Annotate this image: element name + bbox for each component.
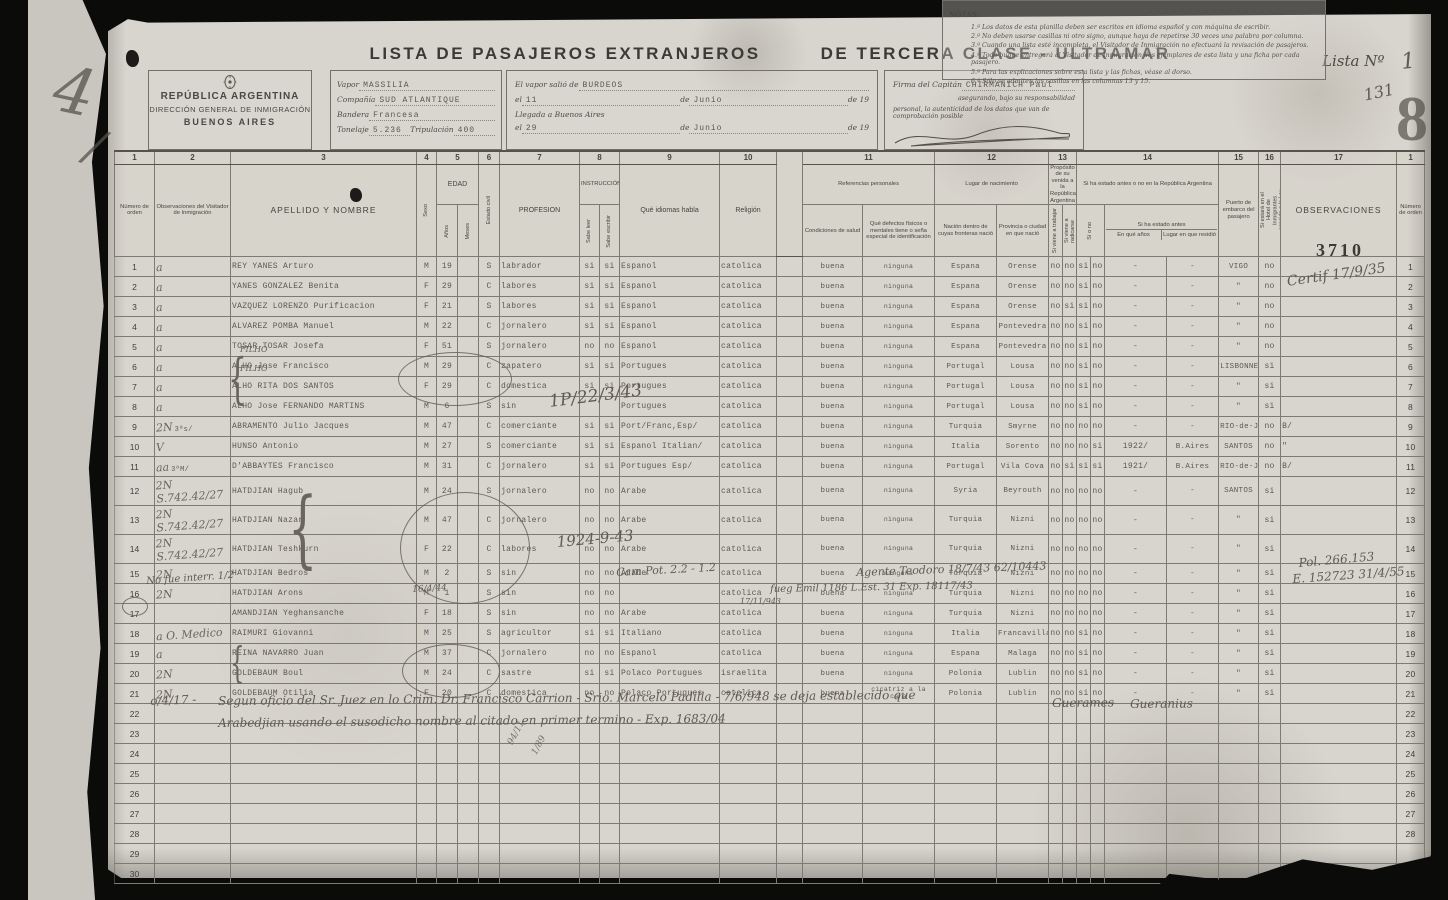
cell xyxy=(458,824,479,844)
cell: C xyxy=(479,506,500,535)
cell: jornalero xyxy=(500,477,580,506)
cell: M xyxy=(417,477,437,506)
cell xyxy=(458,684,479,704)
cell xyxy=(458,377,479,397)
cell: catolica xyxy=(720,604,777,624)
cell: Espana xyxy=(935,337,997,357)
cell xyxy=(417,744,437,764)
cell: 4 xyxy=(115,317,155,337)
cell: - xyxy=(1167,624,1219,644)
cell xyxy=(1105,864,1167,884)
table-row: 18a O. MedicoRAIMURI GiovanniM25Sagricul… xyxy=(115,624,1425,644)
cell: si xyxy=(580,624,600,644)
cell xyxy=(777,744,803,764)
cell: no xyxy=(1259,277,1281,297)
cell: no xyxy=(580,684,600,704)
cell: buena xyxy=(803,277,863,297)
col-header-prop-a: Si viene a trabajar xyxy=(1049,205,1063,257)
cell xyxy=(1219,764,1259,784)
cell: 10 xyxy=(1397,437,1425,457)
cell xyxy=(231,864,417,884)
cell xyxy=(600,804,620,824)
cell: no xyxy=(1049,377,1063,397)
cell xyxy=(777,257,803,277)
cell: no xyxy=(1091,644,1105,664)
cell xyxy=(458,277,479,297)
cell xyxy=(1167,824,1219,844)
cell: 47 xyxy=(437,417,458,437)
cell: VAZQUEZ LORENZO Purificacion xyxy=(231,297,417,317)
cell: - xyxy=(1105,664,1167,684)
cell xyxy=(458,704,479,724)
cell xyxy=(1281,377,1397,397)
cell: HATDJIAN Teshkurn xyxy=(231,535,417,564)
cell xyxy=(437,844,458,864)
cell: no xyxy=(1259,297,1281,317)
cell xyxy=(997,824,1049,844)
cell: si xyxy=(1259,584,1281,604)
cell: - xyxy=(1167,317,1219,337)
cell: no xyxy=(1091,317,1105,337)
cell: YANES GONZALEZ Benita xyxy=(231,277,417,297)
cell: no xyxy=(1259,417,1281,437)
cell: no xyxy=(1063,624,1077,644)
cell: si xyxy=(580,257,600,277)
cell: buena xyxy=(803,297,863,317)
cell xyxy=(437,864,458,884)
agency-country: REPÚBLICA ARGENTINA xyxy=(149,91,311,102)
cell: 16 xyxy=(1397,584,1425,604)
cell: 15 xyxy=(1397,564,1425,584)
cell: 20 xyxy=(115,664,155,684)
cell xyxy=(437,724,458,744)
cell xyxy=(458,784,479,804)
cell xyxy=(863,744,935,764)
cell: SANTOS xyxy=(1219,477,1259,506)
cell xyxy=(155,724,231,744)
cell: - xyxy=(1105,584,1167,604)
cell: catolica xyxy=(720,644,777,664)
cell xyxy=(1281,584,1397,604)
cell: 7 xyxy=(115,377,155,397)
cell xyxy=(1077,784,1091,804)
cell: no xyxy=(1063,357,1077,377)
cell xyxy=(777,684,803,704)
cell: B.Aires xyxy=(1167,457,1219,477)
cell xyxy=(458,724,479,744)
col-number: 5 xyxy=(437,151,479,164)
cell: buena xyxy=(803,624,863,644)
table-row: 2323 xyxy=(115,724,1425,744)
cell: 19 xyxy=(437,257,458,277)
cell: Espanol xyxy=(620,317,720,337)
cell: Vila Cova xyxy=(997,457,1049,477)
cell: a xyxy=(155,277,231,297)
cell xyxy=(1049,704,1063,724)
cell xyxy=(777,277,803,297)
bandera-label: Bandera xyxy=(337,110,369,119)
cell: no xyxy=(1049,644,1063,664)
col-header-lugar-residio: Lugar en que residió xyxy=(1161,229,1217,240)
vapor-value: MASSILIA xyxy=(359,81,495,91)
cell: catolica xyxy=(720,457,777,477)
table-body: 1aREY YANES ArturoM19SlabradorsisiEspano… xyxy=(115,257,1425,884)
cell: HATDJIAN Arons xyxy=(231,584,417,604)
cell: ALHO Jose FERNANDO MARTINS xyxy=(231,397,417,417)
cell: 26 xyxy=(115,784,155,804)
cell: Portugues xyxy=(620,397,720,417)
cell: 22 xyxy=(1397,704,1425,724)
cell: buena xyxy=(803,317,863,337)
cell: 18 xyxy=(1397,624,1425,644)
cell: no xyxy=(600,337,620,357)
note-item: 5.ª Para las explicaciones sobre esta li… xyxy=(971,69,1319,77)
cell: ninguna xyxy=(863,297,935,317)
cell: Portugues Esp/ xyxy=(620,457,720,477)
cell xyxy=(458,844,479,864)
cell: si xyxy=(1077,644,1091,664)
cell: 47 xyxy=(437,506,458,535)
vapor-label: Vapor xyxy=(337,80,359,89)
handwritten-mark: a xyxy=(156,401,163,414)
cell xyxy=(1281,506,1397,535)
cell: Arabe xyxy=(620,477,720,506)
notes-box: NOTAS: 1.ª Los datos de esta planilla de… xyxy=(942,0,1326,80)
cell: catolica xyxy=(720,535,777,564)
cell xyxy=(1219,784,1259,804)
cell xyxy=(1091,844,1105,864)
de19-label: de 19 xyxy=(848,95,869,104)
cell: catolica xyxy=(720,337,777,357)
cell: buena xyxy=(803,437,863,457)
cell: 6 xyxy=(437,397,458,417)
cell: - xyxy=(1105,377,1167,397)
cell: 30 xyxy=(115,864,155,884)
cell: F xyxy=(417,377,437,397)
typed-mark: 3ªM/ xyxy=(171,466,189,474)
cell xyxy=(777,824,803,844)
cell xyxy=(458,257,479,277)
cell: " xyxy=(1219,317,1259,337)
cell: 2N S.742.42/27 xyxy=(155,506,231,535)
cell: a xyxy=(155,377,231,397)
table-row: 11aa3ªM/D'ABBAYTES FranciscoM31Cjornaler… xyxy=(115,457,1425,477)
cell: 23 xyxy=(115,724,155,744)
cell: si xyxy=(1259,624,1281,644)
cell: 29 xyxy=(437,357,458,377)
cell xyxy=(417,784,437,804)
cell: si xyxy=(1077,357,1091,377)
cell xyxy=(935,744,997,764)
cell: Portugues xyxy=(620,377,720,397)
cell: ALVAREZ POMBA Manuel xyxy=(231,317,417,337)
cell: 1922/ xyxy=(1105,437,1167,457)
cell xyxy=(863,784,935,804)
cell: no xyxy=(1049,297,1063,317)
col-number: 15 xyxy=(1219,151,1259,164)
handwritten-mark: a xyxy=(156,341,163,354)
cell: Espana xyxy=(935,317,997,337)
cell xyxy=(777,624,803,644)
cell xyxy=(1063,724,1077,744)
captain-signature xyxy=(891,123,1076,149)
cell xyxy=(479,744,500,764)
title-left: LISTA DE PASAJEROS EXTRANJEROS xyxy=(369,44,760,64)
cell: catolica xyxy=(720,357,777,377)
cell: - xyxy=(1105,257,1167,277)
cell xyxy=(458,764,479,784)
table-row: 2828 xyxy=(115,824,1425,844)
typed-mark: 3ªs/ xyxy=(175,426,193,434)
cell xyxy=(803,764,863,784)
cell xyxy=(580,784,600,804)
cell: 12 xyxy=(1397,477,1425,506)
passenger-table: 1 2 3 4 5 6 7 8 9 10 11 12 13 14 15 16 1… xyxy=(114,150,1425,884)
cell: ninguna xyxy=(863,664,935,684)
cell: no xyxy=(1049,357,1063,377)
col-number: 1 xyxy=(115,151,155,164)
cell: M xyxy=(417,506,437,535)
cell: - xyxy=(1167,664,1219,684)
col-number: 14 xyxy=(1077,151,1219,164)
cell xyxy=(1167,704,1219,724)
agency-department: DIRECCIÓN GENERAL DE INMIGRACIÓN xyxy=(149,105,311,114)
cell xyxy=(458,437,479,457)
cell xyxy=(479,864,500,884)
cell xyxy=(1105,724,1167,744)
cell: no xyxy=(1049,584,1063,604)
cell: 21 xyxy=(437,297,458,317)
cell: Espana xyxy=(935,297,997,317)
cell: 22 xyxy=(437,317,458,337)
cell: domestica xyxy=(500,377,580,397)
cell: 37 xyxy=(437,644,458,664)
cell: 2 xyxy=(437,564,458,584)
col-number: 16 xyxy=(1259,151,1281,164)
cell xyxy=(620,844,720,864)
cell xyxy=(720,704,777,724)
table-row: 29 xyxy=(115,844,1425,864)
cell xyxy=(720,824,777,844)
cell xyxy=(803,864,863,884)
cell: catolica xyxy=(720,437,777,457)
cell xyxy=(600,704,620,724)
cell xyxy=(458,506,479,535)
cell xyxy=(1167,744,1219,764)
cell: Syria xyxy=(935,477,997,506)
cell: ninguna xyxy=(863,257,935,277)
cell: 29 xyxy=(115,844,155,864)
cell: 25 xyxy=(115,764,155,784)
cell: C xyxy=(479,357,500,377)
cell xyxy=(803,744,863,764)
col-number: 1 xyxy=(1397,151,1425,164)
cell: comerciante xyxy=(500,437,580,457)
cell: - xyxy=(1167,337,1219,357)
cell xyxy=(1077,744,1091,764)
cell xyxy=(500,804,580,824)
cell: RIO-de-J° xyxy=(1219,417,1259,437)
cell xyxy=(777,397,803,417)
cell: - xyxy=(1105,297,1167,317)
handwritten-mark: a xyxy=(156,648,163,661)
table-row: 8aALHO Jose FERNANDO MARTINSM6SsinPortug… xyxy=(115,397,1425,417)
cell: VIGO xyxy=(1219,257,1259,277)
cell xyxy=(777,506,803,535)
cell: catolica xyxy=(720,377,777,397)
cell: - xyxy=(1167,397,1219,417)
cell xyxy=(580,397,600,417)
cell xyxy=(479,844,500,864)
cell: si xyxy=(580,317,600,337)
cell: Arabe xyxy=(620,604,720,624)
cell xyxy=(1281,824,1397,844)
cell: F xyxy=(417,604,437,624)
cell: no xyxy=(1063,317,1077,337)
col-header-sexo: Sexo xyxy=(417,164,437,257)
cell: 1 xyxy=(115,257,155,277)
cell: AMANDJIAN Yeghansanche xyxy=(231,604,417,624)
cell: - xyxy=(1105,535,1167,564)
cell xyxy=(1219,824,1259,844)
handwritten-mark: a O. Medico xyxy=(156,626,223,644)
de-label: de xyxy=(680,95,689,104)
cell xyxy=(1077,724,1091,744)
cell: si xyxy=(580,357,600,377)
cell: - xyxy=(1105,506,1167,535)
captain-line3: personal, la autenticidad de los datos q… xyxy=(893,106,1075,120)
cell: 16 xyxy=(115,584,155,604)
cell xyxy=(1105,804,1167,824)
cell: no xyxy=(1077,604,1091,624)
cell xyxy=(1281,535,1397,564)
cell: no xyxy=(600,584,620,604)
cell: no xyxy=(1063,437,1077,457)
cell: 5 xyxy=(115,337,155,357)
cell: 10 xyxy=(115,437,155,457)
cell xyxy=(1077,804,1091,824)
cell: si xyxy=(600,377,620,397)
col-header-meses: Meses xyxy=(458,205,479,257)
cell: C xyxy=(479,644,500,664)
cell: Orense xyxy=(997,297,1049,317)
cell: buena xyxy=(803,535,863,564)
cell xyxy=(417,864,437,884)
cell: 17 xyxy=(115,604,155,624)
cell: Smyrne xyxy=(997,417,1049,437)
cell: no xyxy=(580,644,600,664)
tripulacion-label: Tripulación xyxy=(410,125,453,134)
cell xyxy=(580,744,600,764)
cell xyxy=(935,864,997,884)
col-header-numero: Número de orden xyxy=(115,164,155,257)
cell: no xyxy=(1063,684,1077,704)
table-row: 92N3ªs/ABRAMENTO Julio JacquesM47Ccomerc… xyxy=(115,417,1425,437)
cell: si xyxy=(600,664,620,684)
cell: a xyxy=(155,357,231,377)
compania-value: SUD ATLANTIQUE xyxy=(375,96,495,106)
cell: Polaco Portugues xyxy=(620,664,720,684)
cell: Arabe xyxy=(620,535,720,564)
cell: si xyxy=(600,417,620,437)
lista-number-label: Lista Nº xyxy=(1322,52,1384,70)
cell xyxy=(231,764,417,784)
cell: no xyxy=(1063,417,1077,437)
table-row: 122N S.742.42/27HATDJIAN HagubM24Sjornal… xyxy=(115,477,1425,506)
cell: HATDJIAN Nazar xyxy=(231,506,417,535)
table-row: 2424 xyxy=(115,744,1425,764)
cell: S xyxy=(479,437,500,457)
cell: no xyxy=(1077,584,1091,604)
cell xyxy=(997,864,1049,884)
cell: 2N S.742.42/27 xyxy=(155,535,231,564)
cell: D'ABBAYTES Francisco xyxy=(231,457,417,477)
cell xyxy=(1091,864,1105,884)
cell: GOLDEBAUM Boul xyxy=(231,664,417,684)
cell xyxy=(1105,744,1167,764)
note-item: 2.ª No deben usarse casillas ni otro sig… xyxy=(971,33,1319,41)
cell: 27 xyxy=(1397,804,1425,824)
cell: ALHO Jose Francisco xyxy=(231,357,417,377)
cell: Espana xyxy=(935,644,997,664)
cell: M xyxy=(417,564,437,584)
cell: si xyxy=(600,317,620,337)
cell: - xyxy=(1167,357,1219,377)
cell: Port/Franc,Esp/ xyxy=(620,417,720,437)
cell xyxy=(777,864,803,884)
handwritten-mark: a xyxy=(156,261,163,274)
cell xyxy=(437,744,458,764)
mes-llegada: Junio xyxy=(689,124,847,134)
col-header-sabe-leer: Sabe leer xyxy=(580,205,600,257)
cell xyxy=(1259,804,1281,824)
cell xyxy=(803,824,863,844)
handwritten-mark: a xyxy=(156,301,163,314)
column-numbers-row: 1 2 3 4 5 6 7 8 9 10 11 12 13 14 15 16 1… xyxy=(115,151,1425,164)
handwritten-mark: a xyxy=(156,381,163,394)
cell: catolica xyxy=(720,477,777,506)
cell xyxy=(1281,704,1397,724)
ship-box: VaporMASSILIA CompañíaSUD ATLANTIQUE Ban… xyxy=(330,70,502,150)
col-header-nacion: Nación dentro de cuyas fronteras nació xyxy=(935,205,997,257)
cell xyxy=(720,724,777,744)
cell: HATDJIAN Bedros xyxy=(231,564,417,584)
cell xyxy=(437,824,458,844)
cell xyxy=(720,804,777,824)
cell xyxy=(1049,804,1063,824)
cell: buena xyxy=(803,457,863,477)
col-number: 12 xyxy=(935,151,1049,164)
cell: no xyxy=(580,506,600,535)
llegada-label: Llegada a Buenos Aires xyxy=(515,110,605,119)
cell: Italiano xyxy=(620,624,720,644)
cell: no xyxy=(1077,564,1091,584)
cell xyxy=(863,704,935,724)
cell xyxy=(1077,764,1091,784)
cell: C xyxy=(479,377,500,397)
cell xyxy=(620,584,720,604)
cell xyxy=(600,784,620,804)
cell xyxy=(1259,744,1281,764)
col-header-estado-antes: Si ha estado antes o no en la República … xyxy=(1077,164,1219,205)
cell: - xyxy=(1167,257,1219,277)
cell: 2 xyxy=(115,277,155,297)
cell: no xyxy=(1049,337,1063,357)
cell xyxy=(1105,844,1167,864)
cell: M xyxy=(417,397,437,417)
cell xyxy=(1091,724,1105,744)
cell: no xyxy=(1049,317,1063,337)
